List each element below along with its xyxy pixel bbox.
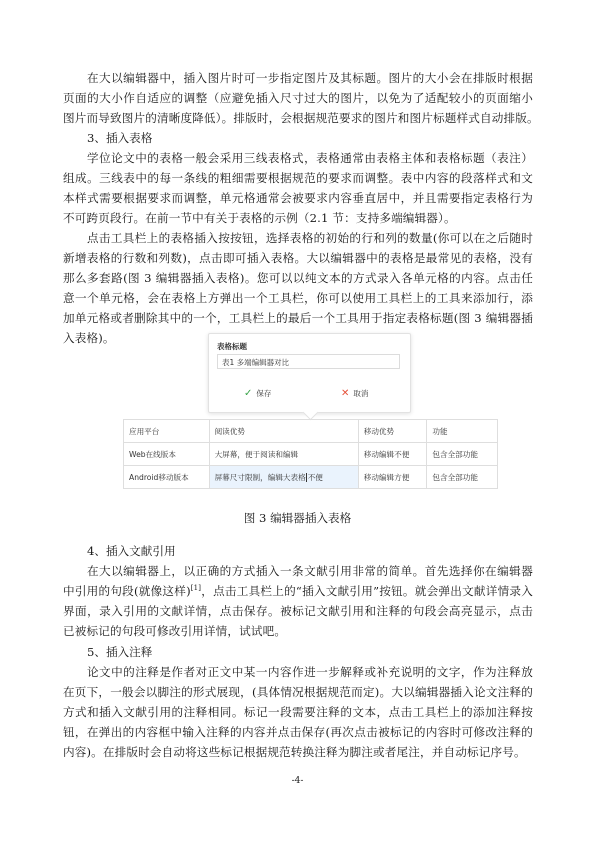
table-cell[interactable]: 应用平台 bbox=[124, 420, 210, 443]
paragraph-image-insert: 在大以编辑器中，插入图片时可一步指定图片及其标题。图片的大小会在排版时根据 页面… bbox=[63, 68, 533, 128]
text-line: 已被标记的句段可修改引用详情，试试吧。 bbox=[63, 621, 533, 641]
editor-table: 应用平台 阅读优势 移动优势 功能 Web在线版本 大屏幕，便于阅读和编辑 移动… bbox=[123, 419, 498, 489]
text-line: 点击工具栏上的表格插入按按钮，选择表格的初始的行和列的数量(你可以在之后随时 bbox=[63, 228, 533, 248]
table-cell[interactable]: 移动编辑不便 bbox=[358, 443, 427, 466]
table-cell[interactable]: Web在线版本 bbox=[124, 443, 210, 466]
table-header-row: 应用平台 阅读优势 移动优势 功能 bbox=[124, 420, 498, 443]
text-line: 内容)。在排版时会自动将这些标记根据规范转换注释为脚注或者尾注，并自动标记序号。 bbox=[63, 742, 533, 762]
save-button-label: 保存 bbox=[256, 388, 271, 399]
document-page: 在大以编辑器中，插入图片时可一步指定图片及其标题。图片的大小会在排版时根据 页面… bbox=[0, 0, 595, 842]
text-line: 在大以编辑器中，插入图片时可一步指定图片及其标题。图片的大小会在排版时根据 bbox=[63, 68, 533, 88]
text-line: 钮，在弹出的内容框中输入注释的内容并点击保存(再次点击被标记的内容时可修改注释的 bbox=[63, 722, 533, 742]
figure-caption: 图 3 编辑器插入表格 bbox=[0, 508, 595, 528]
table-row: Web在线版本 大屏幕，便于阅读和编辑 移动编辑不便 包含全部功能 bbox=[124, 443, 498, 466]
table-cell[interactable]: 移动优势 bbox=[358, 420, 427, 443]
paragraph-citation: 在大以编辑器上，以正确的方式插入一条文献引用非常的简单。首先选择你在编辑器 中引… bbox=[63, 561, 533, 641]
section-heading-insert-table: 3、插入表格 bbox=[87, 128, 152, 148]
popup-caret bbox=[303, 405, 319, 421]
save-button[interactable]: ✓ 保存 bbox=[244, 388, 271, 399]
text-line: 不可跨页段行。在前一节中有关于表格的示例（2.1 节：支持多端编辑器）。 bbox=[63, 208, 533, 228]
text-line: 那么多套路(图 3 编辑器插入表格)。您可以以纯文本的方式录入各单元格的内容。点… bbox=[63, 268, 533, 288]
text-line: 在大以编辑器上，以正确的方式插入一条文献引用非常的简单。首先选择你在编辑器 bbox=[63, 561, 533, 581]
figure-editor-insert-table: 表格标题 表1 多端编辑器对比 ✓ 保存 ✕ 取消 应用平台 阅读优势 移动优势… bbox=[123, 333, 498, 489]
table-cell-selected[interactable]: 屏幕尺寸限制，编辑大表格不便 bbox=[209, 466, 358, 489]
cited-sentence[interactable]: 中引用的句段(就像这样) bbox=[63, 584, 191, 598]
table-cell[interactable]: 大屏幕，便于阅读和编辑 bbox=[209, 443, 358, 466]
text-line: 加单元格或者删除其中的一个，工具栏上的最后一个工具用于指定表格标题(图 3 编辑… bbox=[63, 308, 533, 328]
citation-mark[interactable]: [1] bbox=[191, 584, 201, 592]
cell-text: 屏幕尺寸限制，编辑大表格 bbox=[215, 473, 306, 482]
text-line: 在页下，一般会以脚注的形式展现，(具体情况根据规范而定)。大以编辑器插入论文注释… bbox=[63, 682, 533, 702]
check-icon: ✓ bbox=[244, 389, 252, 399]
table-caption-input[interactable]: 表1 多端编辑器对比 bbox=[217, 354, 400, 369]
paragraph-table-format: 学位论文中的表格一般会采用三线表格式，表格通常由表格主体和表格标题（表注） 组成… bbox=[63, 148, 533, 228]
cancel-button[interactable]: ✕ 取消 bbox=[341, 388, 368, 399]
table-caption-label: 表格标题 bbox=[217, 341, 247, 352]
text-line: 页面的大小作自适应的调整（应避免插入尺寸过大的图片，以免为了适配较小的页面缩小 bbox=[63, 88, 533, 108]
text-line: 意一个单元格，会在表格上方弹出一个工具栏，你可以使用工具栏上的工具来添加行，添 bbox=[63, 288, 533, 308]
table-row: Android移动版本 屏幕尺寸限制，编辑大表格不便 移动编辑方便 包含全部功能 bbox=[124, 466, 498, 489]
text-line: 学位论文中的表格一般会采用三线表格式，表格通常由表格主体和表格标题（表注） bbox=[63, 148, 533, 168]
paragraph-footnote: 论文中的注释是作者对正文中某一内容作进一步解释或补充说明的文字，作为注释放 在页… bbox=[63, 662, 533, 762]
text-line: 方式和插入文献引用的注释相同。标记一段需要注释的文本，点击工具栏上的添加注释按 bbox=[63, 702, 533, 722]
text-line: 组成。三线表中的每一条线的粗细需要根据规范的要求而调整。表中内容的段落样式和文 bbox=[63, 168, 533, 188]
paragraph-table-insert-howto: 点击工具栏上的表格插入按按钮，选择表格的初始的行和列的数量(你可以在之后随时 新… bbox=[63, 228, 533, 348]
table-cell[interactable]: 包含全部功能 bbox=[427, 466, 498, 489]
text-line: 论文中的注释是作者对正文中某一内容作进一步解释或补充说明的文字，作为注释放 bbox=[63, 662, 533, 682]
table-cell[interactable]: 功能 bbox=[427, 420, 498, 443]
text-line: 界面，录入引用的文献详情，点击保存。被标记文献引用和注释的句段会高亮显示，点击 bbox=[63, 601, 533, 621]
text-line: 中引用的句段(就像这样)[1]，点击工具栏上的“插入文献引用”按钮。就会弹出文献… bbox=[63, 581, 533, 601]
table-cell[interactable]: 阅读优势 bbox=[209, 420, 358, 443]
section-heading-insert-footnote: 5、插入注释 bbox=[87, 642, 152, 662]
table-cell[interactable]: Android移动版本 bbox=[124, 466, 210, 489]
text-line: 新增表格的行数和列数)，点击即可插入表格。大以编辑器中的表格是最常见的表格，没有 bbox=[63, 248, 533, 268]
section-heading-insert-citation: 4、插入文献引用 bbox=[87, 541, 176, 561]
table-cell[interactable]: 移动编辑方便 bbox=[358, 466, 427, 489]
text-line: 本样式需要根据要求而调整，单元格通常会被要求内容垂直居中，并且需要指定表格行为 bbox=[63, 188, 533, 208]
page-number: -4- bbox=[0, 776, 595, 786]
cancel-button-label: 取消 bbox=[353, 388, 368, 399]
table-cell[interactable]: 包含全部功能 bbox=[427, 443, 498, 466]
table-caption-popup: 表格标题 表1 多端编辑器对比 ✓ 保存 ✕ 取消 bbox=[208, 333, 411, 413]
cell-text: 不便 bbox=[308, 473, 323, 482]
text-fragment: ，点击工具栏上的“插入文献引用”按钮。就会弹出文献详情录入 bbox=[201, 584, 533, 598]
close-icon: ✕ bbox=[341, 389, 349, 399]
text-line: 图片而导致图片的清晰度降低）。排版时，会根据规范要求的图片和图片标题样式自动排版… bbox=[63, 108, 533, 128]
